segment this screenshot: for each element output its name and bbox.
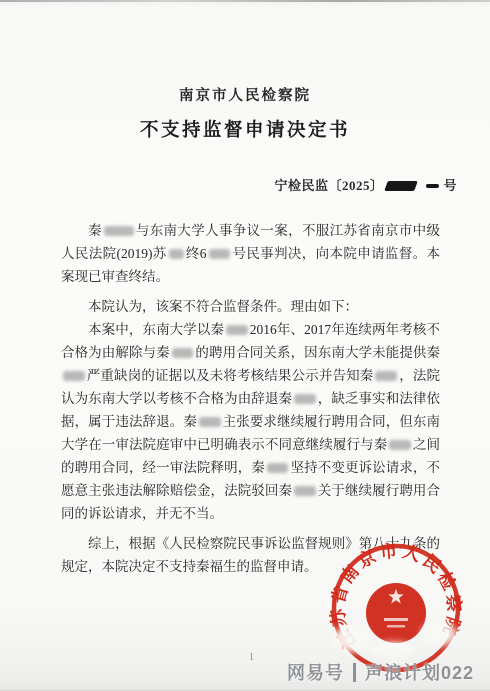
document-title: 不支持监督申请决定书 bbox=[0, 116, 490, 142]
paragraph: 本案中，东南大学以秦2016年、2017年连续两年考核不合格为由解除与秦的聘用合… bbox=[61, 318, 440, 525]
emblem-gate-mark bbox=[384, 618, 408, 621]
org-name: 南京市人民检察院 bbox=[0, 84, 490, 105]
document-number: 宁检民监〔2025〕号 bbox=[0, 175, 490, 194]
redaction-blur bbox=[375, 371, 397, 381]
redaction-blur bbox=[63, 371, 85, 381]
paragraph: 秦与东南大学人事争议一案，不服江苏省南京市中级人民法院(2019)苏终6号民事判… bbox=[61, 219, 440, 288]
doc-number-suffix: 号 bbox=[443, 178, 457, 193]
redaction-blur bbox=[226, 325, 248, 335]
paragraph: 本院认为，该案不符合监督条件。理由如下： bbox=[61, 295, 440, 318]
watermark-campaign: 声浪计划022 bbox=[365, 659, 474, 685]
emblem-gate-mark bbox=[387, 625, 405, 628]
document-page: 南京市人民检察院 不支持监督申请决定书 宁检民监〔2025〕号 秦与东南大学人事… bbox=[0, 0, 490, 691]
redaction-mark bbox=[426, 184, 439, 188]
redaction-mark bbox=[385, 181, 419, 191]
page-number: 1 bbox=[249, 652, 254, 663]
redaction-blur bbox=[104, 226, 134, 236]
seal-emblem bbox=[366, 583, 426, 643]
redaction-blur bbox=[294, 486, 316, 496]
document-body: 秦与东南大学人事争议一案，不服江苏省南京市中级人民法院(2019)苏终6号民事判… bbox=[0, 219, 490, 578]
redaction-blur bbox=[294, 394, 316, 404]
redaction-blur bbox=[267, 463, 289, 473]
photo-top-edge bbox=[0, 0, 490, 2]
paragraph: 综上，根据《人民检察院民事诉讼监督规则》第八十九条的规定，本院决定不支持秦福生的… bbox=[61, 532, 440, 578]
watermark-brand: 网易号 bbox=[287, 659, 344, 685]
redaction-blur bbox=[389, 440, 411, 450]
star-icon bbox=[388, 589, 403, 604]
redaction-blur bbox=[172, 348, 194, 358]
watermark-divider-bar bbox=[353, 663, 356, 682]
redaction-blur bbox=[199, 417, 221, 427]
redaction-blur bbox=[169, 249, 184, 259]
seal-censor-smudges bbox=[333, 622, 457, 658]
doc-number-prefix: 宁检民监〔2025〕 bbox=[274, 178, 383, 193]
redaction-blur bbox=[209, 249, 231, 259]
watermark: 网易号 声浪计划022 bbox=[287, 659, 474, 685]
